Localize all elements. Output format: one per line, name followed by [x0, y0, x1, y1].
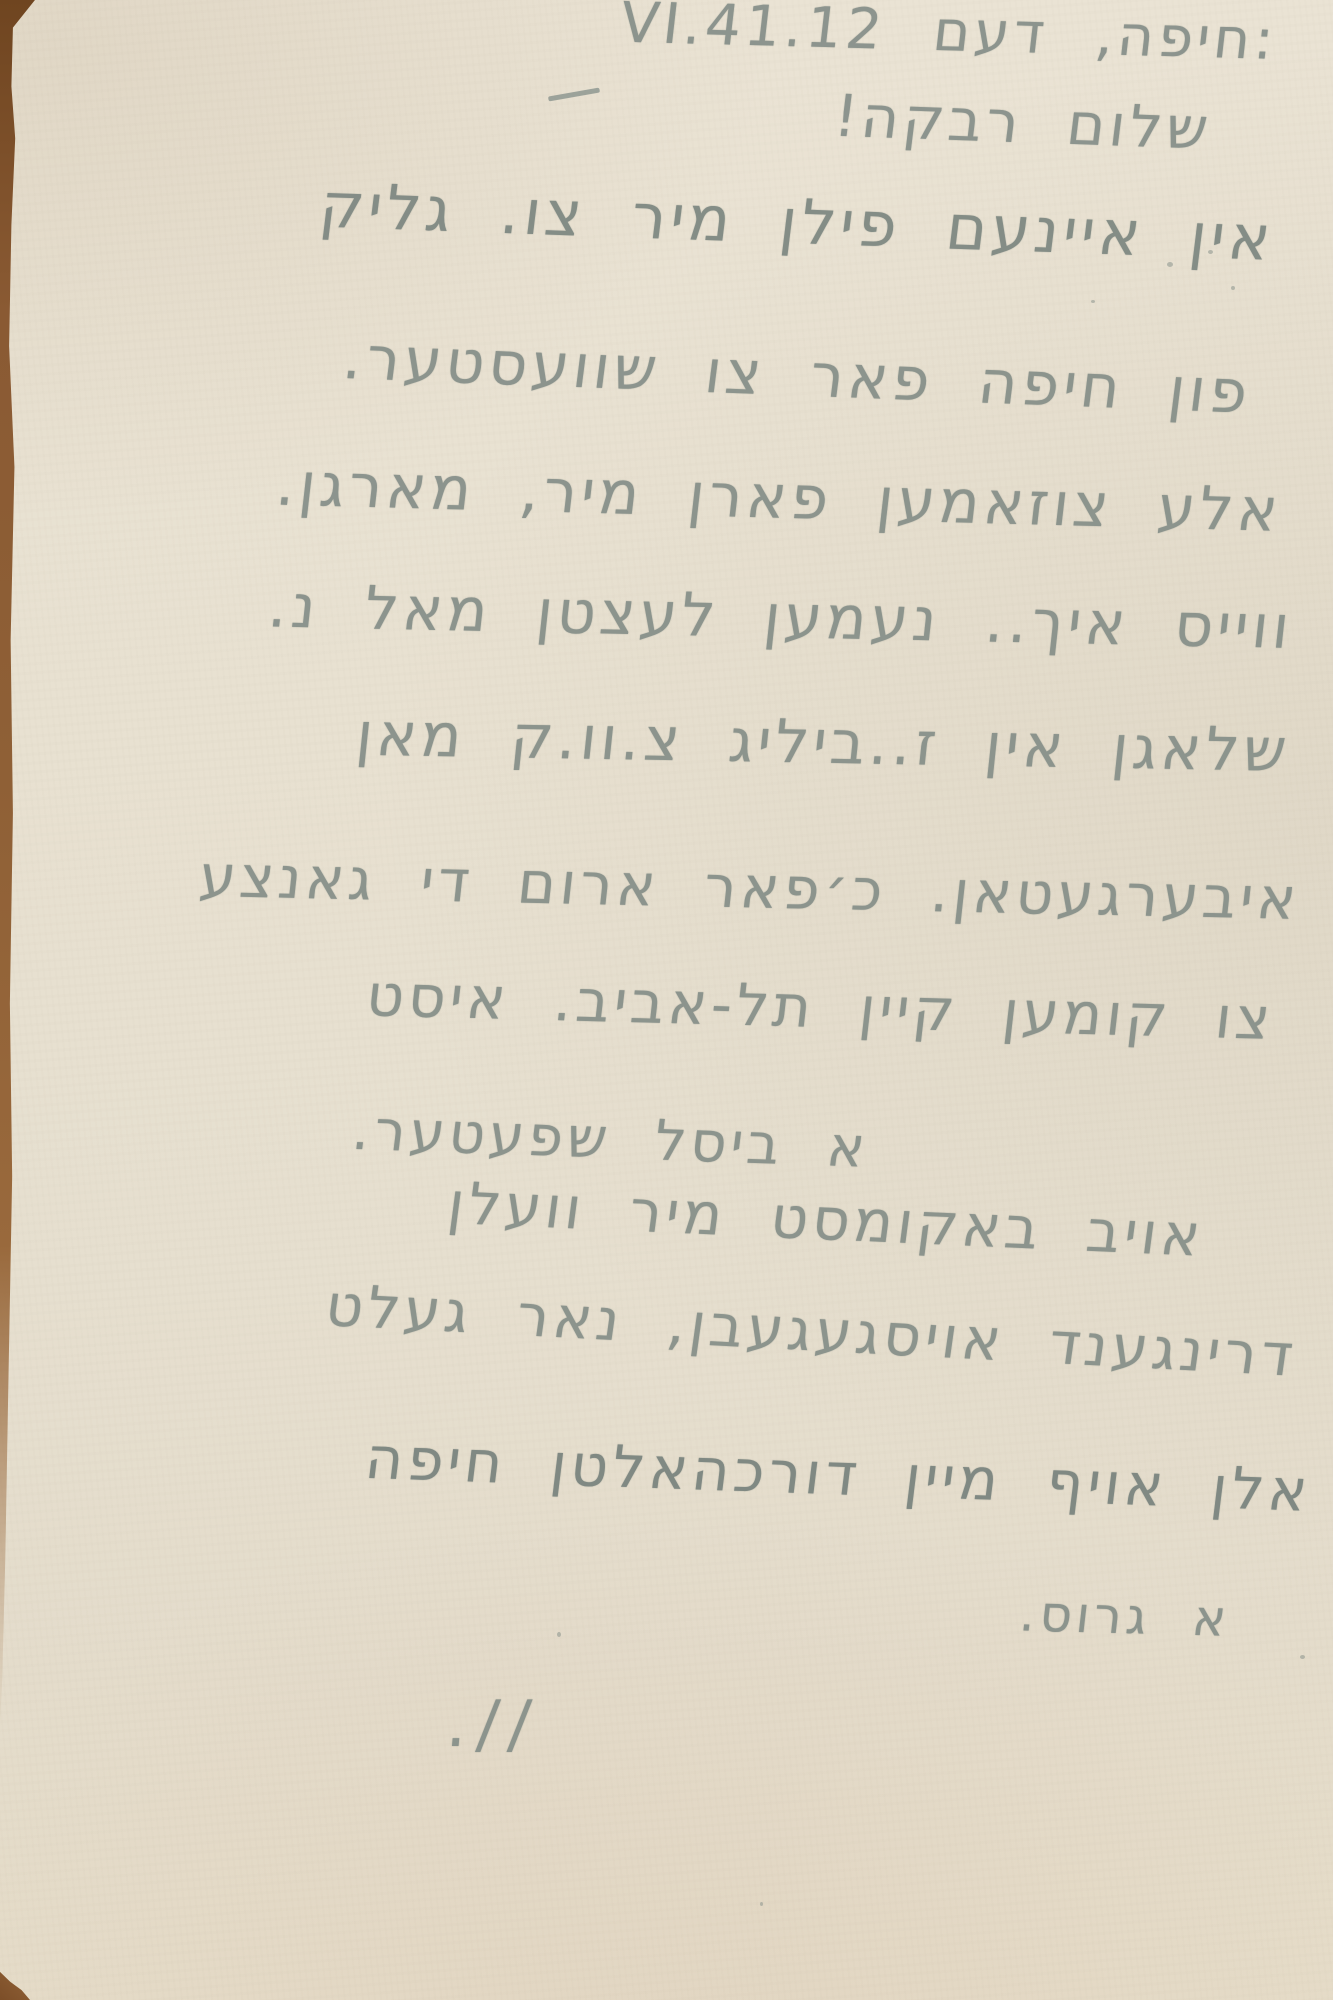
dust-speck: [557, 1632, 561, 1637]
body-line-11: אלן אויף מיין דורכהאלטן חיפה: [362, 1427, 1315, 1524]
body-line-8: א ביסל שפעטער.: [349, 1100, 873, 1179]
dust-speck: [760, 1902, 763, 1906]
body-line-5: שלאגן אין ז..ביליג צ.וו.ק מאן: [353, 702, 1293, 784]
body-line-3: אלע צוזאמען פארן מיר, מארגן.: [273, 452, 1285, 544]
page-left-edge: [0, 0, 38, 1730]
closing-line: א גרוס.: [1017, 1587, 1233, 1647]
date-line: :חיפה, דעם 12.VI.41: [618, 0, 1281, 71]
body-line-10: דרינגענד אויסגעגעבן, נאר געלט: [322, 1274, 1301, 1388]
body-line-7: צו קומען קיין תל-אביב. איסט: [363, 964, 1278, 1051]
body-line-9: אויב באקומסט מיר וועלן: [444, 1172, 1208, 1268]
date-underline-stroke: [548, 88, 600, 102]
page-corner-chip: [0, 1962, 30, 2000]
dust-speck: [1300, 1655, 1305, 1659]
pencil-smudge: [1231, 286, 1235, 290]
pencil-smudge: [1167, 262, 1173, 267]
greeting-line: שלום רבקה!: [830, 85, 1215, 162]
body-line-1: אין איינעם פילן מיר צו. גליק: [316, 172, 1278, 273]
continuation-mark: //.: [443, 1690, 543, 1760]
pencil-smudge: [1091, 300, 1095, 303]
body-line-4: ווייס איך.. נעמען לעצטן מאל נ.: [266, 574, 1297, 661]
letter-page: :חיפה, דעם 12.VI.41 שלום רבקה! אין איינע…: [0, 0, 1333, 2000]
body-line-6: איבערגעטאן. כ׳פאר ארום די גאנצע: [196, 845, 1303, 932]
body-line-2: פון חיפה פאר צו שוועסטער.: [339, 325, 1255, 426]
pencil-smudge: [1208, 250, 1213, 254]
